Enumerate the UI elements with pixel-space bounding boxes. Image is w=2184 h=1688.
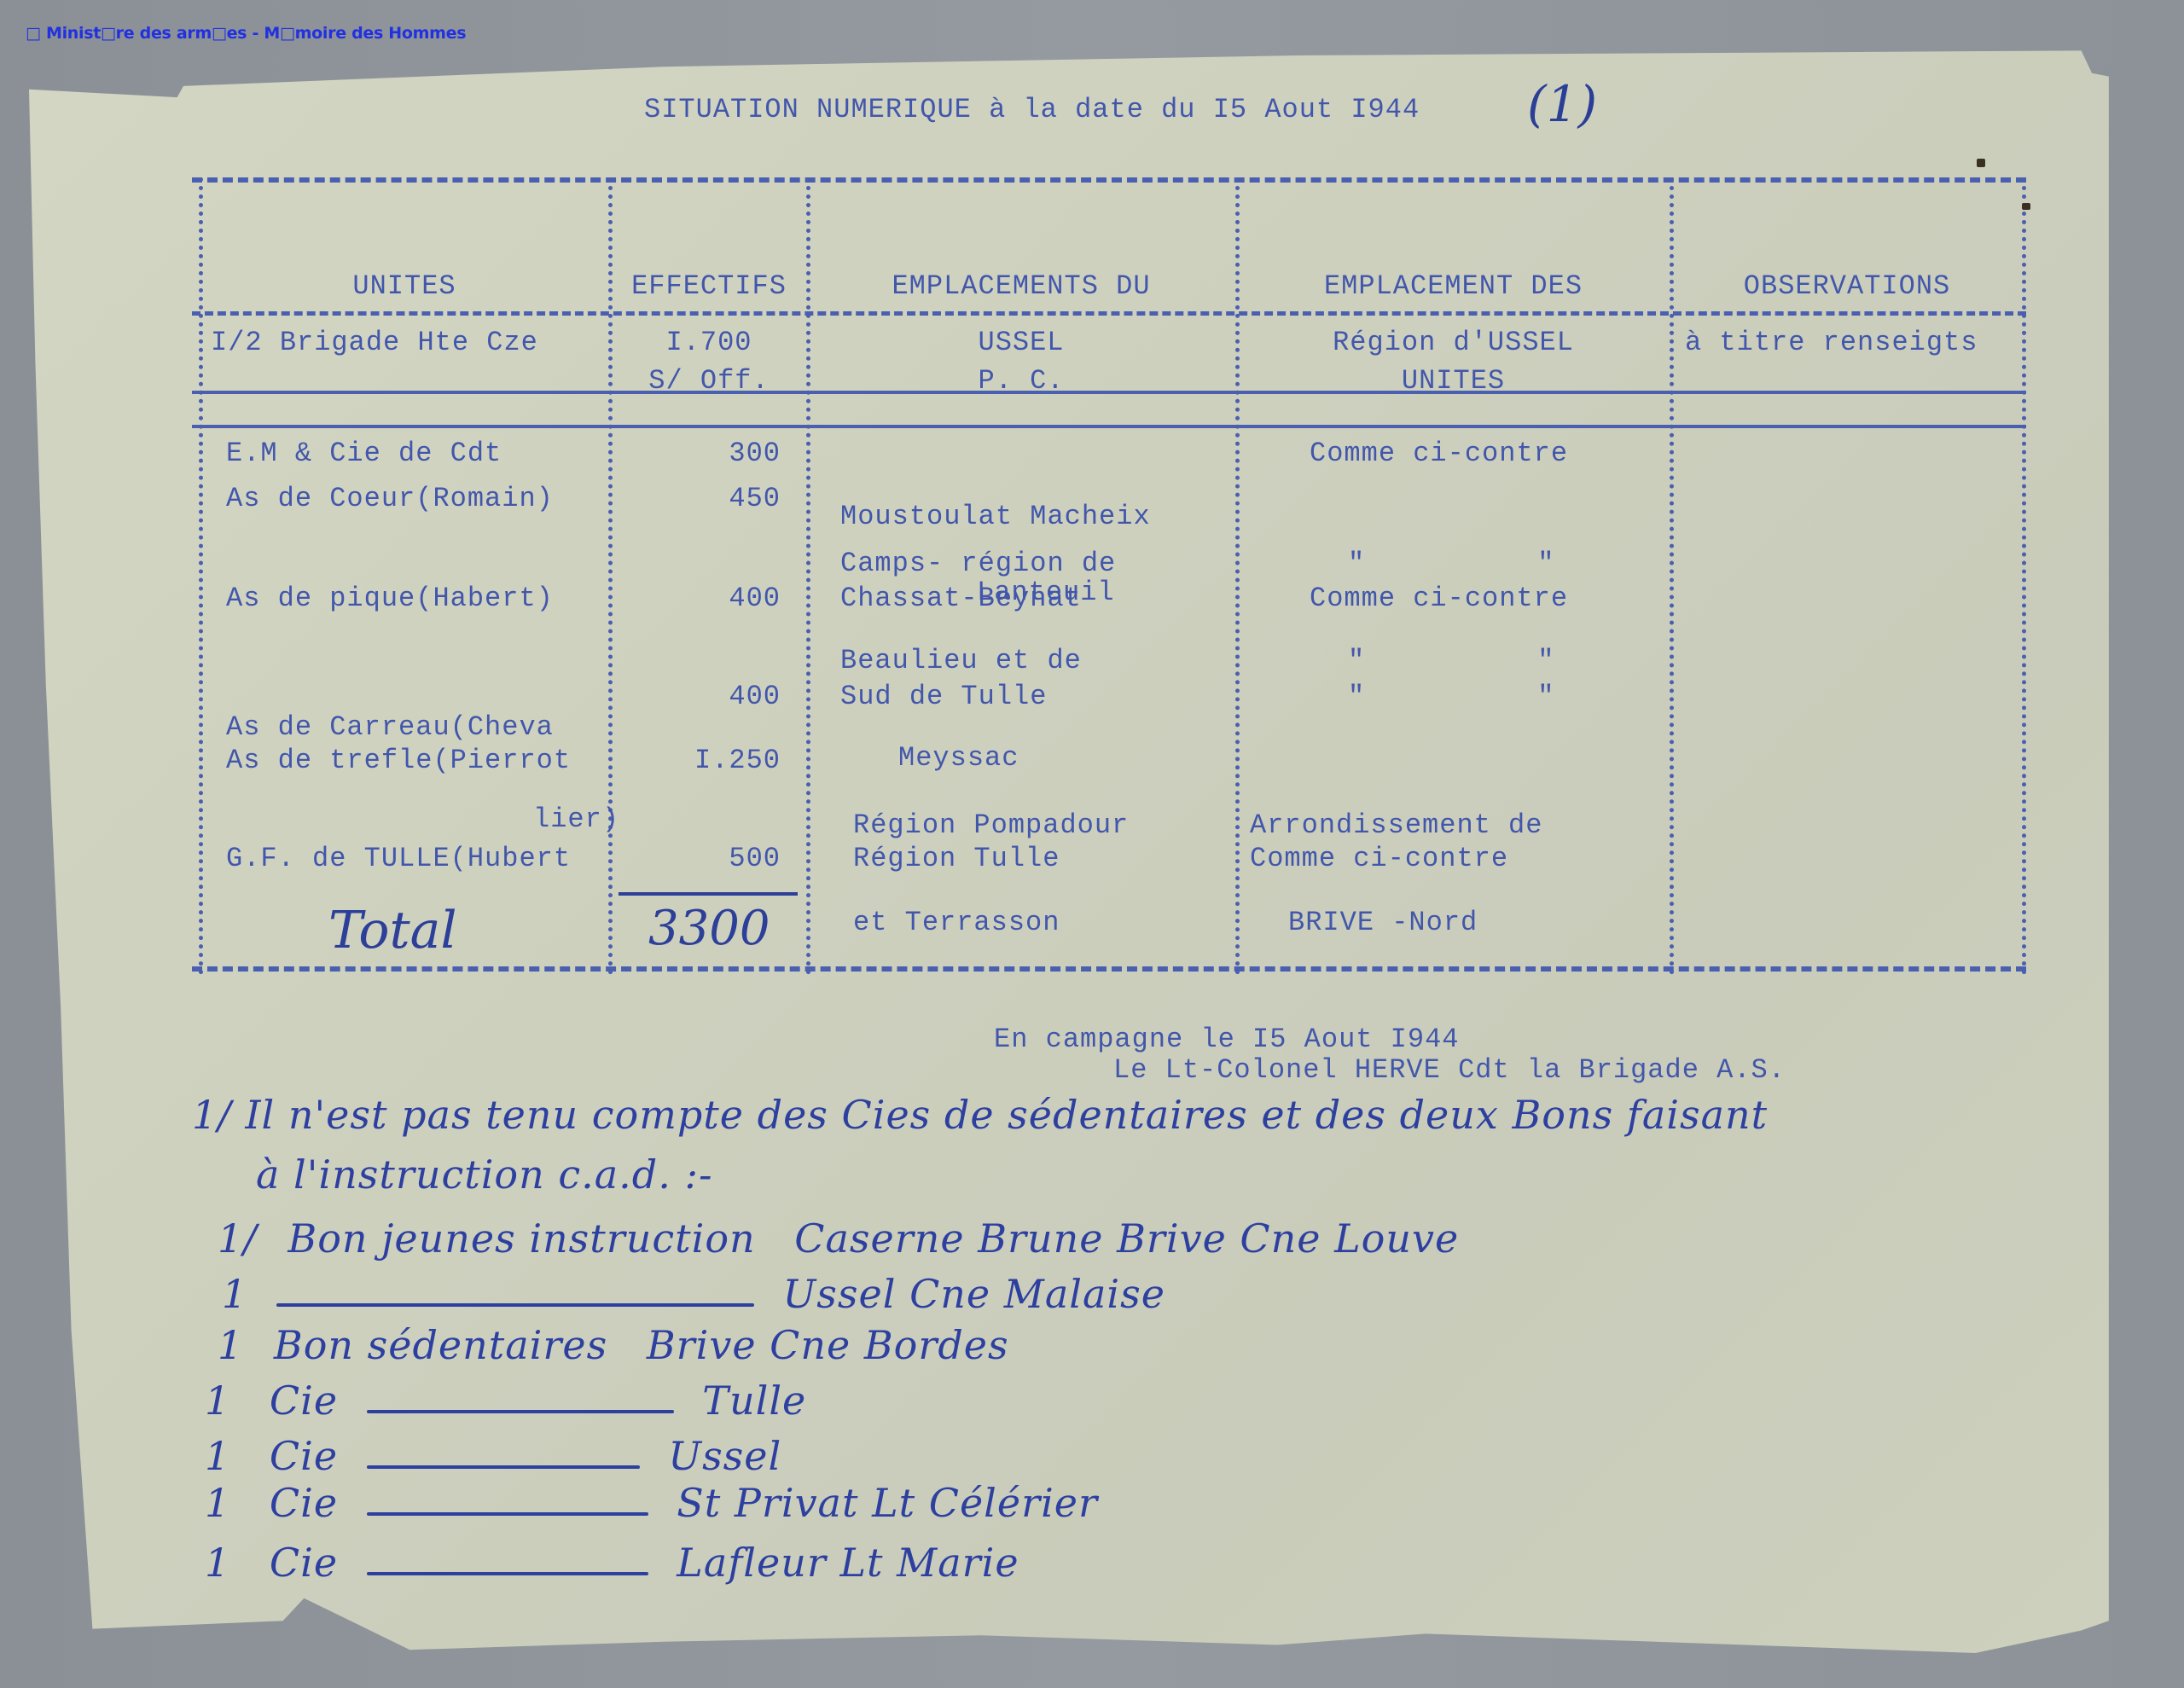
row-pc-line: et Terrasson: [853, 907, 1129, 939]
item-what: Cie: [270, 1480, 338, 1526]
signature-place-date: En campagne le I5 Aout I944: [994, 1024, 1459, 1055]
row-emplacement-line: BRIVE -Nord: [1250, 907, 1542, 939]
row-effectifs: I.250: [610, 745, 781, 776]
header-text: UNITES: [1238, 365, 1669, 397]
header-text: EMPLACEMENT DES: [1238, 270, 1669, 302]
paper-speck: [1977, 159, 1985, 167]
handwritten-intro-line1: 1/ Il n'est pas tenu compte des Cies de …: [192, 1092, 1768, 1138]
item-where: Ussel Cne Malaise: [783, 1271, 1165, 1317]
row-unite: E.M & Cie de Cdt: [226, 438, 502, 469]
archive-watermark: □ Minist□re des arm□es - M□moire des Hom…: [26, 24, 466, 43]
row-pc: Sud de Tulle: [840, 681, 1047, 712]
ditto-line: [367, 1572, 648, 1575]
summary-effectifs: I.700: [610, 327, 808, 358]
item-qty: 1: [205, 1540, 230, 1586]
item-what: Bon jeunes instruction: [288, 1215, 755, 1262]
handwritten-item: 1 Cie Ussel: [205, 1433, 781, 1479]
row-pc: Chassat-Beynat: [840, 583, 1082, 614]
row-effectifs: 300: [610, 438, 781, 469]
item-what: Cie: [270, 1433, 338, 1479]
item-what: Cie: [270, 1378, 338, 1424]
row-effectifs: 400: [610, 681, 781, 712]
handwritten-item: 1 Bon sédentaires Brive Cne Bordes: [218, 1322, 1009, 1368]
handwritten-item: 1 Ussel Cne Malaise: [222, 1271, 1165, 1317]
item-qty: 1: [222, 1271, 247, 1317]
item-where: Tulle: [702, 1378, 806, 1424]
ditto-line: [367, 1512, 648, 1516]
handwritten-item: 1 Cie Lafleur Lt Marie: [205, 1540, 1019, 1586]
item-where: Caserne Brune Brive Cne Louve: [794, 1215, 1459, 1262]
summary-observations: à titre renseigts: [1685, 327, 1978, 358]
item-qty: 1: [205, 1480, 230, 1526]
item-qty: 1/: [218, 1215, 258, 1262]
summary-pc: USSEL: [808, 327, 1234, 358]
ditto-line: [367, 1465, 640, 1469]
row-unite-line: As de Carreau(Cheva: [226, 712, 619, 743]
paper-speck: [2022, 203, 2030, 210]
row-unite-line: lier): [226, 804, 619, 835]
header-text: S/ Off.: [610, 365, 808, 397]
row-unite: As de trefle(Pierrot: [226, 745, 571, 776]
header-text: EMPLACEMENTS DU: [808, 270, 1234, 302]
header-text: OBSERVATIONS: [1672, 270, 2022, 302]
row-unite: G.F. de TULLE(Hubert: [226, 843, 571, 874]
item-where: St Privat Lt Célérier: [677, 1480, 1098, 1526]
row-pc: Région Pompadour et Terrasson: [853, 745, 1129, 1004]
item-where: Lafleur Lt Marie: [677, 1540, 1019, 1586]
row-pc-line: Camps- région de: [840, 548, 1116, 580]
row-effectifs: 450: [610, 483, 781, 514]
row-emplacement: Arrondissement de BRIVE -Nord: [1250, 745, 1542, 1004]
row-pc-line: Beaulieu et de: [840, 645, 1116, 677]
handwritten-item: 1 Cie Tulle: [205, 1378, 806, 1424]
row-pc-line: Région Pompadour: [853, 809, 1129, 842]
total-underline: [619, 892, 798, 896]
ditto-line: [276, 1303, 754, 1307]
item-qty: 1: [218, 1322, 243, 1368]
handwritten-intro-line2: à l'instruction c.a.d. :-: [256, 1151, 713, 1198]
row-emplacement-line: " ": [1348, 548, 1554, 580]
row-unite: As de Coeur(Romain): [226, 483, 554, 514]
signature-signatory: Le Lt-Colonel HERVE Cdt la Brigade A.S.: [1113, 1054, 1786, 1086]
item-what: Cie: [270, 1540, 338, 1586]
header-text: P. C.: [808, 365, 1234, 397]
summary-unite: I/2 Brigade Hte Cze: [211, 327, 538, 358]
table-top-border: [192, 177, 2026, 183]
header-text: UNITES: [200, 270, 608, 302]
row-effectifs: 500: [610, 843, 781, 874]
summary-emplacement: Région d'USSEL: [1238, 327, 1669, 358]
row-emplacement: Comme ci-contre: [1250, 843, 1508, 874]
ditto-line: [367, 1410, 674, 1413]
item-qty: 1: [205, 1378, 230, 1424]
row-emplacement: " ": [1348, 681, 1554, 712]
handwritten-item: 1/ Bon jeunes instruction Caserne Brune …: [218, 1215, 1459, 1262]
row-pc: Région Tulle: [853, 843, 1060, 874]
row-effectifs: 400: [610, 583, 781, 614]
handwritten-item: 1 Cie St Privat Lt Célérier: [205, 1480, 1098, 1526]
item-what: Bon sédentaires: [274, 1322, 607, 1368]
item-where: Ussel: [668, 1433, 781, 1479]
header-text: EFFECTIFS: [610, 270, 808, 302]
row-emplacement-line: Arrondissement de: [1250, 809, 1542, 842]
unit-table: UNITES EFFECTIFS S/ Off. EMPLACEMENTS DU…: [192, 177, 2026, 975]
item-qty: 1: [205, 1433, 230, 1479]
item-where: Brive Cne Bordes: [647, 1322, 1009, 1368]
row-unite: As de pique(Habert): [226, 583, 554, 614]
row-emplacement-line: " ": [1348, 645, 1554, 677]
column-border: [2022, 177, 2026, 975]
row-emplacement: Comme ci-contre: [1310, 583, 1568, 614]
total-value: 3300: [648, 901, 770, 956]
document-title: SITUATION NUMERIQUE à la date du I5 Aout…: [644, 94, 1420, 125]
title-annotation: (1): [1527, 75, 1597, 133]
total-label: Total: [328, 901, 457, 960]
row-emplacement: Comme ci-contre: [1310, 438, 1568, 469]
